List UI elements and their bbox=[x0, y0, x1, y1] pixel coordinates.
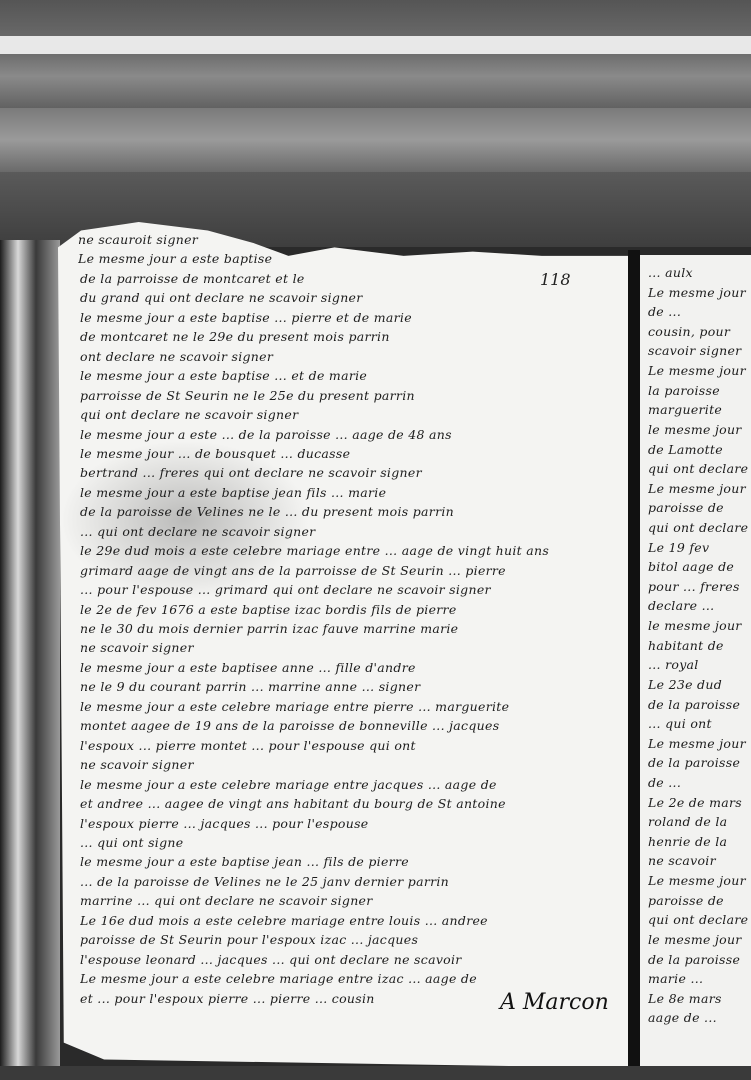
manuscript-line: l'espoux ... pierre montet ... pour l'es… bbox=[80, 738, 625, 753]
manuscript-line: l'espoux pierre ... jacques ... pour l'e… bbox=[80, 816, 625, 831]
manuscript-line: ... pour l'espouse ... grimard qui ont d… bbox=[80, 582, 625, 597]
manuscript-line: grimard aage de vingt ans de la parroiss… bbox=[80, 563, 625, 578]
manuscript-line: Le mesme jour bbox=[648, 481, 751, 496]
manuscript-line: habitant de bbox=[648, 638, 751, 653]
manuscript-line: qui ont declare bbox=[648, 461, 751, 476]
manuscript-line: scavoir signer bbox=[648, 343, 751, 358]
background-strip bbox=[0, 36, 751, 54]
manuscript-line: le mesme jour bbox=[648, 618, 751, 633]
manuscript-line: cousin, pour bbox=[648, 324, 751, 339]
manuscript-line: de la paroisse de Velines ne le ... du p… bbox=[80, 504, 625, 519]
manuscript-line: ne scavoir signer bbox=[80, 640, 625, 655]
manuscript-line: ... qui ont signe bbox=[80, 835, 625, 850]
manuscript-line: ... aulx bbox=[648, 265, 751, 280]
manuscript-line: qui ont declare bbox=[648, 520, 751, 535]
manuscript-line: marguerite bbox=[648, 402, 751, 417]
manuscript-line: Le 2e de mars bbox=[648, 795, 751, 810]
signature: A Marcon bbox=[500, 990, 609, 1015]
manuscript-line: ... de la paroisse de Velines ne le 25 j… bbox=[80, 874, 625, 889]
manuscript-line: Le mesme jour bbox=[648, 736, 751, 751]
manuscript-line: le mesme jour a este baptisee anne ... f… bbox=[80, 660, 625, 675]
manuscript-line: ... qui ont bbox=[648, 716, 751, 731]
manuscript-line: qui ont declare bbox=[648, 912, 751, 927]
manuscript-line: montet aagee de 19 ans de la paroisse de… bbox=[80, 718, 625, 733]
manuscript-line: le mesme jour a este ... de la paroisse … bbox=[80, 427, 625, 442]
manuscript-line: ont declare ne scavoir signer bbox=[80, 349, 625, 364]
manuscript-line: parroisse de St Seurin ne le 25e du pres… bbox=[80, 388, 625, 403]
manuscript-line: le mesme jour a este celebre mariage ent… bbox=[80, 699, 625, 714]
manuscript-line: roland de la bbox=[648, 814, 751, 829]
manuscript-line: le mesme jour bbox=[648, 932, 751, 947]
manuscript-line: Le 23e dud bbox=[648, 677, 751, 692]
manuscript-line: de ... bbox=[648, 775, 751, 790]
manuscript-line: aage de ... bbox=[648, 1010, 751, 1025]
manuscript-line: ne le 9 du courant parrin ... marrine an… bbox=[80, 679, 625, 694]
manuscript-line: pour ... freres bbox=[648, 579, 751, 594]
manuscript-line: et andree ... aagee de vingt ans habitan… bbox=[80, 796, 625, 811]
manuscript-line: le mesme jour ... de bousquet ... ducass… bbox=[80, 446, 625, 461]
manuscript-line: du grand qui ont declare ne scavoir sign… bbox=[80, 290, 625, 305]
manuscript-line: de Lamotte bbox=[648, 442, 751, 457]
manuscript-line: Le mesme jour a este baptise bbox=[78, 251, 623, 266]
manuscript-line: marie ... bbox=[648, 971, 751, 986]
manuscript-line: le mesme jour a este baptise jean ... fi… bbox=[80, 854, 625, 869]
manuscript-line: Le 19 fev bbox=[648, 540, 751, 555]
manuscript-line: henrie de la bbox=[648, 834, 751, 849]
manuscript-line: le mesme jour a este baptise jean fils .… bbox=[80, 485, 625, 500]
manuscript-line: Le 8e mars bbox=[648, 991, 751, 1006]
manuscript-line: paroisse de bbox=[648, 500, 751, 515]
page-gutter bbox=[628, 250, 640, 1080]
manuscript-line: le 2e de fev 1676 a este baptise izac bo… bbox=[80, 602, 625, 617]
manuscript-line: Le mesme jour bbox=[648, 285, 751, 300]
manuscript-line: ne le 30 du mois dernier parrin izac fau… bbox=[80, 621, 625, 636]
manuscript-line: le mesme jour bbox=[648, 422, 751, 437]
manuscript-line: la paroisse bbox=[648, 383, 751, 398]
manuscript-line: qui ont declare ne scavoir signer bbox=[80, 407, 625, 422]
background-board bbox=[0, 108, 751, 172]
manuscript-line: Le mesme jour a este celebre mariage ent… bbox=[80, 971, 625, 986]
manuscript-line: ne scauroit signer bbox=[78, 232, 623, 247]
manuscript-line: le mesme jour a este baptise ... pierre … bbox=[80, 310, 625, 325]
manuscript-line: bertrand ... freres qui ont declare ne s… bbox=[80, 465, 625, 480]
manuscript-line: declare ... bbox=[648, 598, 751, 613]
manuscript-line: bitol aage de bbox=[648, 559, 751, 574]
background-top bbox=[0, 0, 751, 40]
manuscript-line: ... royal bbox=[648, 657, 751, 672]
manuscript-line: de ... bbox=[648, 304, 751, 319]
background-board bbox=[0, 54, 751, 110]
manuscript-line: Le mesme jour bbox=[648, 363, 751, 378]
manuscript-line: l'espouse leonard ... jacques ... qui on… bbox=[80, 952, 625, 967]
manuscript-line: de montcaret ne le 29e du present mois p… bbox=[80, 329, 625, 344]
manuscript-line: ne scavoir bbox=[648, 853, 751, 868]
manuscript-line: le mesme jour a este baptise ... et de m… bbox=[80, 368, 625, 383]
manuscript-line: marrine ... qui ont declare ne scavoir s… bbox=[80, 893, 625, 908]
manuscript-line: ... qui ont declare ne scavoir signer bbox=[80, 524, 625, 539]
manuscript-line: ne scavoir signer bbox=[80, 757, 625, 772]
manuscript-line: de la paroisse bbox=[648, 755, 751, 770]
manuscript-line: paroisse de St Seurin pour l'espoux izac… bbox=[80, 932, 625, 947]
background-bottom bbox=[0, 1066, 751, 1080]
manuscript-line: de la parroisse de montcaret et le bbox=[80, 271, 625, 286]
left-page-edge bbox=[0, 240, 60, 1080]
manuscript-line: Le 16e dud mois a este celebre mariage e… bbox=[80, 913, 625, 928]
manuscript-line: paroisse de bbox=[648, 893, 751, 908]
manuscript-line: de la paroisse bbox=[648, 697, 751, 712]
manuscript-line: Le mesme jour bbox=[648, 873, 751, 888]
manuscript-line: le mesme jour a este celebre mariage ent… bbox=[80, 777, 625, 792]
manuscript-line: le 29e dud mois a este celebre mariage e… bbox=[80, 543, 625, 558]
manuscript-line: de la paroisse bbox=[648, 952, 751, 967]
